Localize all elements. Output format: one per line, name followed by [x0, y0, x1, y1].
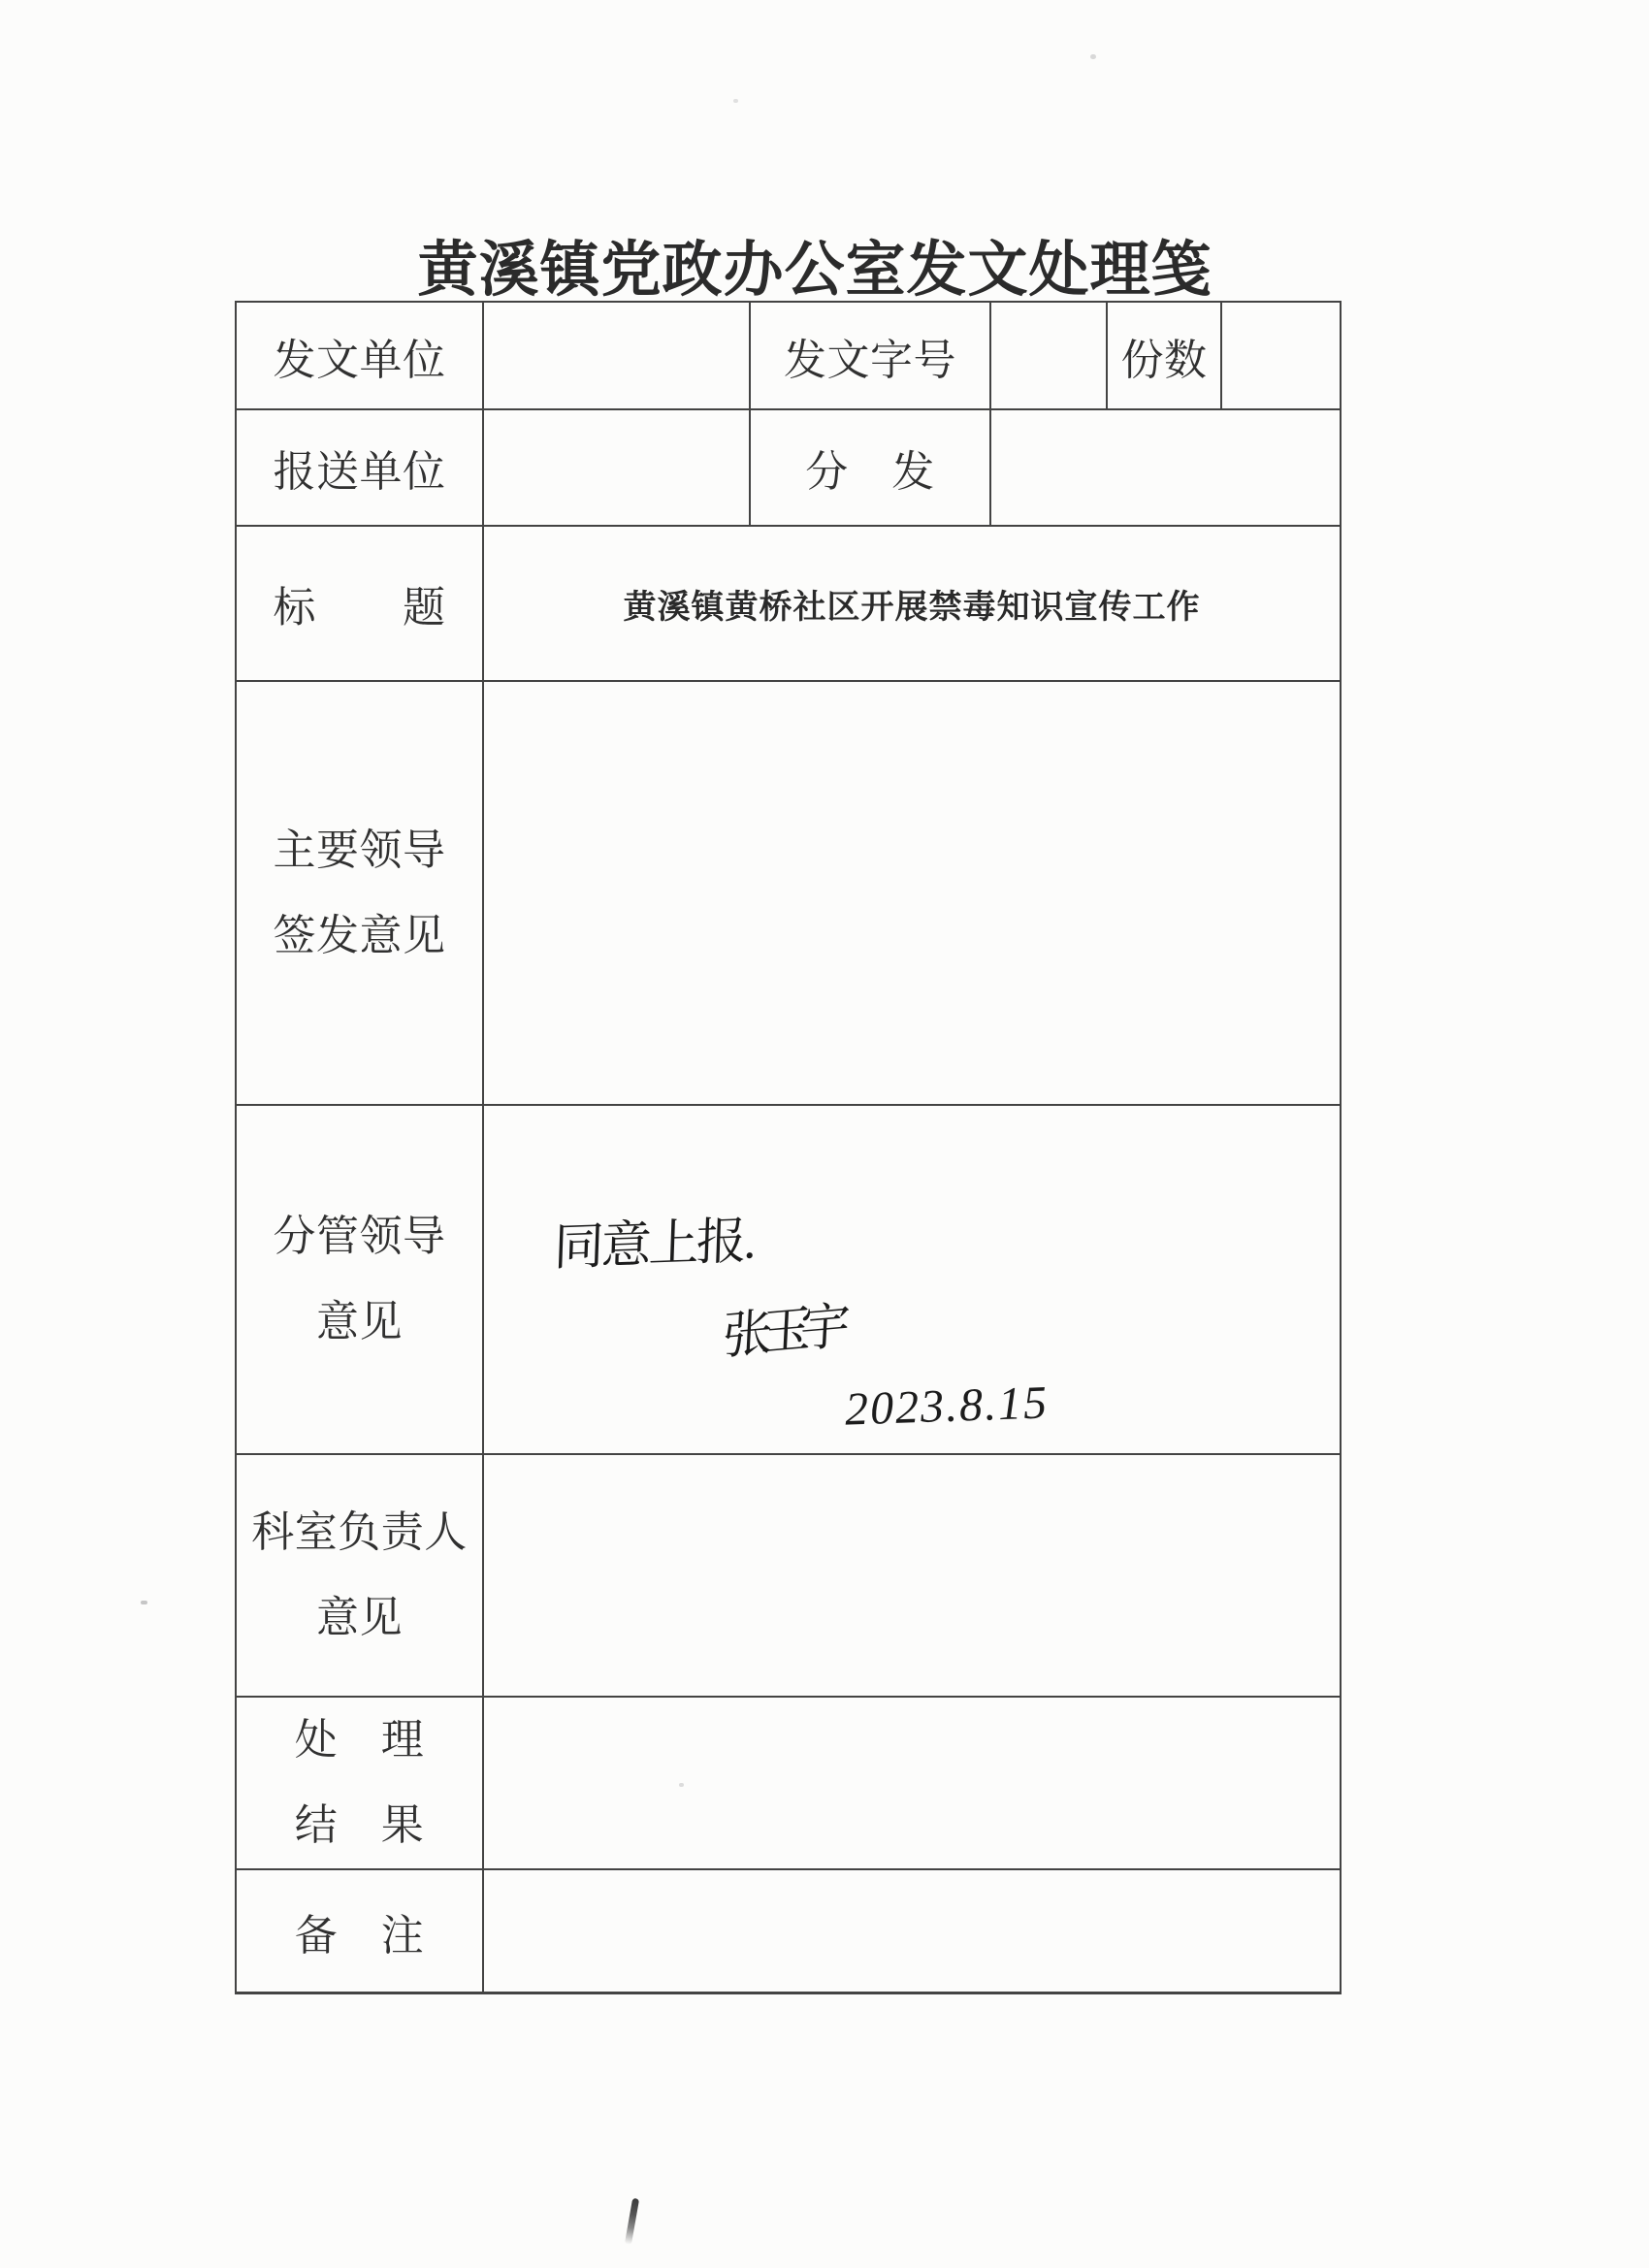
label-line: 科室负责人	[251, 1510, 468, 1555]
table-row-result: 处 理 结 果	[237, 1698, 1340, 1870]
label-line: 签发意见	[274, 914, 446, 958]
distribution-value-cell	[991, 410, 1340, 525]
label-copies: 份数	[1108, 303, 1222, 408]
label-line: 结 果	[295, 1803, 425, 1848]
subject-title-text: 黄溪镇黄桥社区开展禁毒知识宣传工作	[624, 580, 1201, 628]
issuing-unit-value-cell	[484, 303, 751, 408]
copies-value-cell	[1222, 303, 1340, 408]
label-deputy-leader-opinion: 分管领导 意见	[237, 1106, 484, 1453]
label-distribution: 分 发	[751, 410, 991, 525]
label-main-leader-opinion: 主要领导 签发意见	[237, 682, 484, 1104]
label-line: 处 理	[295, 1718, 425, 1763]
label-report-unit: 报送单位	[237, 410, 484, 525]
label-line: 主要领导	[274, 828, 446, 873]
report-unit-value-cell	[484, 410, 751, 525]
label-processing-result: 处 理 结 果	[237, 1698, 484, 1868]
main-leader-opinion-cell	[484, 682, 1340, 1104]
scan-speck	[733, 99, 738, 103]
label-section-head-opinion: 科室负责人 意见	[237, 1455, 484, 1696]
table-row-remarks: 备 注	[237, 1870, 1340, 1992]
subject-value-cell: 黄溪镇黄桥社区开展禁毒知识宣传工作	[484, 527, 1340, 680]
label-issuing-unit: 发文单位	[237, 303, 484, 408]
processing-result-cell	[484, 1698, 1340, 1868]
scan-speck	[1090, 54, 1096, 59]
ink-speck	[625, 2198, 639, 2245]
label-remarks: 备 注	[237, 1870, 484, 1992]
page-title: 黄溪镇党政办公室发文处理笺	[0, 221, 1630, 308]
handwritten-signature: 张玉宇	[721, 1284, 841, 1368]
scan-speck	[141, 1601, 147, 1604]
table-row-report: 报送单位 分 发	[237, 410, 1340, 527]
section-head-opinion-cell	[484, 1455, 1340, 1696]
doc-number-value-cell	[991, 303, 1108, 408]
handwritten-date: 2023.8.15	[844, 1376, 1050, 1436]
table-row-issuing: 发文单位 发文字号 份数	[237, 303, 1340, 410]
table-row-main-leader: 主要领导 签发意见	[237, 682, 1340, 1106]
table-row-deputy-leader: 分管领导 意见 同意上报. 张玉宇 2023.8.15	[237, 1106, 1340, 1455]
label-subject: 标 题	[237, 527, 484, 680]
label-doc-number: 发文字号	[751, 303, 991, 408]
remarks-cell	[484, 1870, 1340, 1992]
handwritten-comment: 同意上报.	[553, 1199, 756, 1279]
deputy-leader-opinion-cell: 同意上报. 张玉宇 2023.8.15	[484, 1106, 1340, 1453]
label-line: 意见	[316, 1596, 403, 1640]
label-line: 意见	[316, 1300, 403, 1345]
form-table: 发文单位 发文字号 份数 报送单位 分 发 标 题 黄溪镇黄桥社区开展禁毒知识宣…	[235, 301, 1342, 1994]
table-row-subject: 标 题 黄溪镇黄桥社区开展禁毒知识宣传工作	[237, 527, 1340, 682]
table-row-section-head: 科室负责人 意见	[237, 1455, 1340, 1698]
label-line: 分管领导	[274, 1215, 446, 1259]
scanned-document-page: 黄溪镇党政办公室发文处理笺 发文单位 发文字号 份数 报送单位 分 发 标 题 …	[0, 0, 1649, 2268]
